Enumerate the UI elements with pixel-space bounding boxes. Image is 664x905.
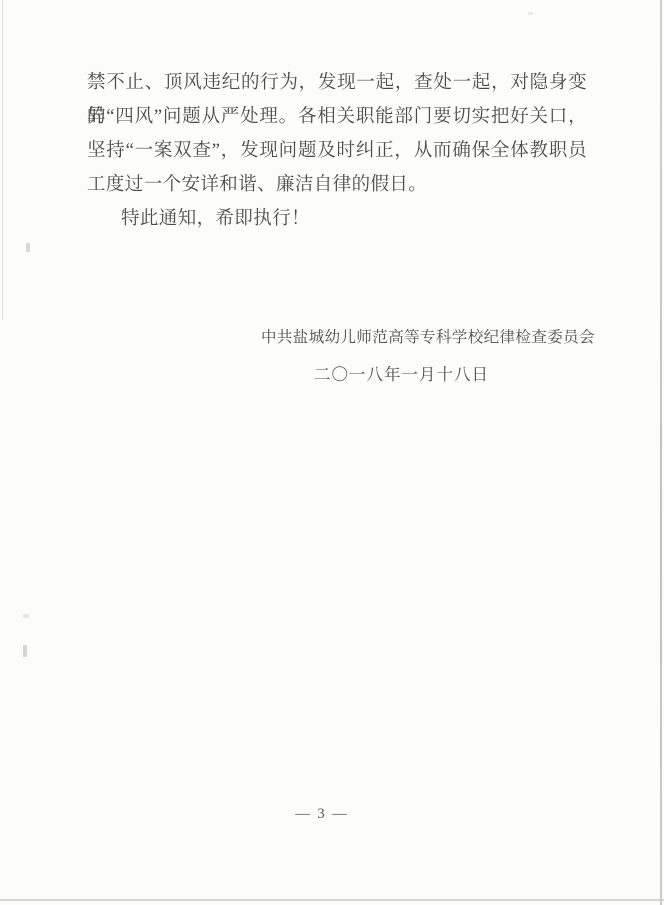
- scan-speck: [528, 12, 533, 15]
- body-line-1: 禁不止、顶风违纪的行为，发现一起，查处一起，对隐身变异: [87, 66, 587, 100]
- scan-edge-right-shadow: [660, 0, 662, 905]
- signature-date: 二〇一八年一月十八日: [314, 361, 489, 385]
- body-line-3: 坚持“一案双查”，发现问题及时纠正，从而确保全体教职员: [87, 134, 587, 168]
- scan-speck: [23, 645, 27, 657]
- scanned-document-page: 禁不止、顶风违纪的行为，发现一起，查处一起，对隐身变异 的“四风”问题从严处理。…: [0, 0, 664, 905]
- body-line-2: 的“四风”问题从严处理。各相关职能部门要切实把好关口，: [87, 100, 587, 134]
- scan-edge-bottom-shadow: [0, 899, 664, 901]
- page-number: — 3 —: [0, 806, 644, 823]
- closing-line: 特此通知，希即执行！: [87, 202, 587, 236]
- scan-speck: [23, 614, 29, 618]
- notice-body: 禁不止、顶风违纪的行为，发现一起，查处一起，对隐身变异 的“四风”问题从严处理。…: [87, 66, 587, 236]
- signature-organization: 中共盐城幼儿师范高等专科学校纪律检查委员会: [261, 325, 595, 347]
- scan-speck: [26, 243, 30, 252]
- scan-edge-left-line: [2, 0, 3, 320]
- body-line-4: 工度过一个安详和谐、廉洁自律的假日。: [87, 168, 587, 202]
